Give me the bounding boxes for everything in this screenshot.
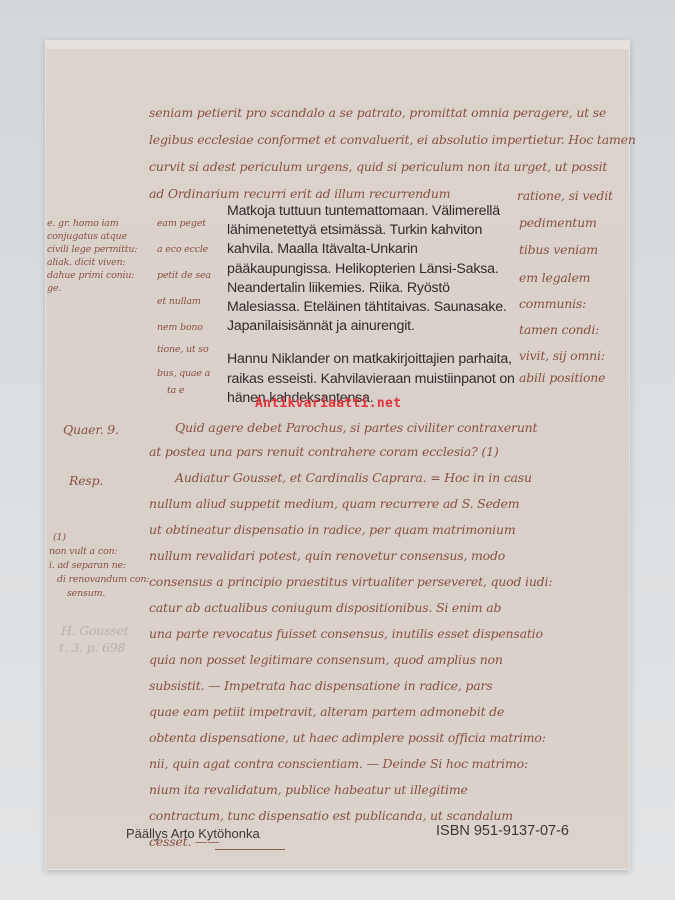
manuscript-fragment: bus, quae a xyxy=(157,368,210,379)
manuscript-line: una parte revocatus fuisset consensus, i… xyxy=(149,626,543,641)
manuscript-line: ut obtineatur dispensatio in radice, per… xyxy=(149,522,515,537)
manuscript-fragment: em legalem xyxy=(519,270,590,285)
manuscript-line: obtenta dispensatione, ut haec adimplere… xyxy=(149,730,546,745)
manuscript-fragment: petit de sea xyxy=(157,270,211,281)
manuscript-line: nii, quin agat contra conscientiam. — De… xyxy=(149,756,528,771)
question-label: Quaer. 9. xyxy=(63,422,119,437)
manuscript-line: subsistit. — Impetrata hac dispensatione… xyxy=(149,678,492,693)
manuscript-line: nium ita revalidatum, publice habeatur u… xyxy=(149,782,468,797)
manuscript-line: nullum revalidari potest, quin renovetur… xyxy=(149,548,505,563)
pencil-note: t. 3. p. 698 xyxy=(59,640,125,655)
margin-note: dahue primi coniu: xyxy=(47,270,134,281)
footnote: i. ad separan ne: xyxy=(49,560,126,571)
manuscript-fragment: a eco eccle xyxy=(157,244,208,255)
pen-stroke xyxy=(215,849,285,850)
manuscript-line: at postea una pars renuit contrahere cor… xyxy=(149,444,499,459)
manuscript-fragment: ratione, si vedit xyxy=(517,188,613,203)
cover-design-credit: Päällys Arto Kytöhonka xyxy=(126,826,260,841)
footnote: (1) xyxy=(53,532,66,543)
manuscript-fragment: tione, ut so xyxy=(157,344,209,355)
manuscript-line: ad Ordinarium recurri erit ad illum recu… xyxy=(149,186,450,201)
manuscript-line: nullum aliud suppetit medium, quam recur… xyxy=(149,496,519,511)
footnote: sensum. xyxy=(67,588,105,599)
manuscript-fragment: pedimentum xyxy=(519,215,597,230)
footnote: non vult a con: xyxy=(49,546,117,557)
book-blurb: Matkoja tuttuun tuntemattomaan. Välimere… xyxy=(227,202,517,408)
isbn: ISBN 951-9137-07-6 xyxy=(436,823,569,839)
manuscript-fragment: abili positione xyxy=(519,370,605,385)
manuscript-line: Quid agere debet Parochus, si partes civ… xyxy=(175,420,537,435)
manuscript-line: consensus a principio praestitus virtual… xyxy=(149,574,552,589)
margin-note: e. gr. homo iam xyxy=(47,218,119,229)
manuscript-line: quia non posset legitimare consensum, qu… xyxy=(149,652,503,667)
manuscript-line: contractum, tunc dispensatio est publica… xyxy=(149,808,513,823)
manuscript-fragment: nem bono xyxy=(157,322,203,333)
footnote: di renovandum con: xyxy=(57,574,149,585)
blurb-paragraph-contents: Matkoja tuttuun tuntemattomaan. Välimere… xyxy=(227,202,517,336)
book-back-cover: seniam petierit pro scandalo a se patrat… xyxy=(45,40,630,870)
manuscript-fragment: vivit, sij omni: xyxy=(519,348,605,363)
manuscript-fragment: tibus veniam xyxy=(519,242,598,257)
margin-note: ge. xyxy=(47,283,61,294)
manuscript-line: quae eam petiit impetravit, alteram part… xyxy=(149,704,504,719)
manuscript-line: curvit si adest periculum urgens, quid s… xyxy=(149,159,607,174)
manuscript-fragment: communis: xyxy=(519,296,586,311)
pencil-note: H. Gousset xyxy=(61,623,129,638)
manuscript-line: catur ab actualibus coniugum disposition… xyxy=(149,600,501,615)
manuscript-line: legibus ecclesiae conformet et convaluer… xyxy=(149,132,636,147)
manuscript-fragment: ta e xyxy=(167,385,184,396)
margin-note: aliak. dicit viven: xyxy=(47,257,125,268)
watermark: Antikvariaatti.net xyxy=(255,396,401,411)
response-label: Resp. xyxy=(69,473,103,488)
manuscript-line: seniam petierit pro scandalo a se patrat… xyxy=(149,105,606,120)
margin-note: conjugatus atque xyxy=(47,231,127,242)
manuscript-fragment: eam peget xyxy=(157,218,206,229)
manuscript-fragment: tamen condi: xyxy=(519,322,599,337)
margin-note: civili lege permittu: xyxy=(47,244,137,255)
manuscript-fragment: et nullam xyxy=(157,296,201,307)
manuscript-line: Audiatur Gousset, et Cardinalis Caprara.… xyxy=(175,470,532,485)
